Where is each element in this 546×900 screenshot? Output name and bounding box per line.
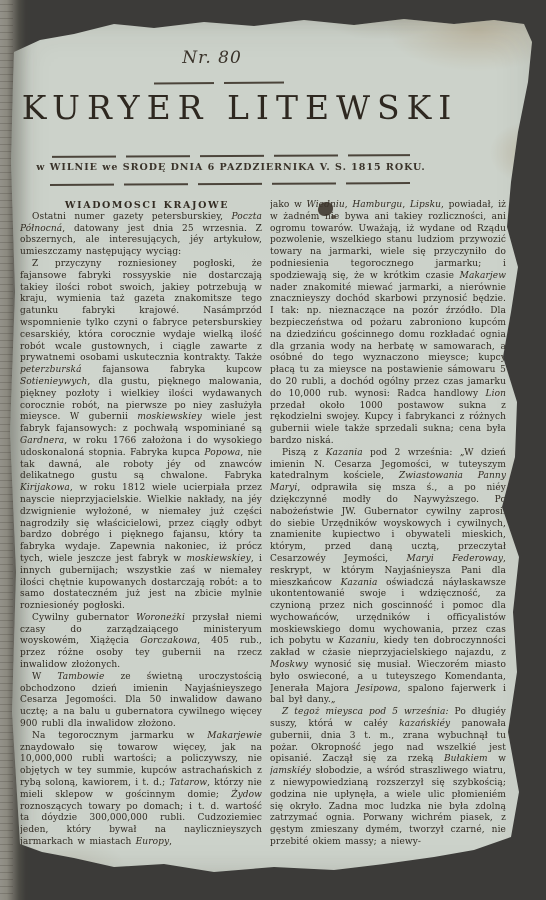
column-right: jako w Wiedniu, Hamburgu, Lipsku, powiad… [270,200,506,846]
section-heading: WIADOMOSCI KRAJOWE [20,200,262,212]
paragraph: Na tegorocznym jarmarku w Makarjewie zna… [20,731,262,846]
column-left: WIADOMOSCI KRAJOWE Ostatni numer gazety … [20,200,262,846]
paragraph: jako w Wiedniu, Hamburgu, Lipsku, powiad… [270,200,506,448]
paragraph: Z przyczyny rozniesioney pogłoski, że fa… [20,259,262,613]
newspaper-page: Nr. 80 KURYER LITEWSKI w WILNIE we SRODĘ… [4,12,542,890]
ink-speck [331,215,336,219]
issue-number-rule [154,82,288,85]
dateline-rule-bottom [50,182,410,186]
dateline: w WILNIE we SRODĘ DNIA 6 PAZDZIERNIKA V.… [4,162,458,173]
column-right-body: jako w Wiedniu, Hamburgu, Lipsku, powiad… [270,200,506,846]
paragraph: Ostatni numer gazety petersburskiey, Poc… [20,212,262,259]
paragraph: W Tambowie ze świetną uroczystością obch… [20,672,262,731]
scan-background: Nr. 80 KURYER LITEWSKI w WILNIE we SRODĘ… [0,0,546,900]
paragraph: Piszą z Kazania pod 2 września: „W dzień… [270,448,506,708]
dateline-rule-top [52,154,410,158]
paragraph: Cywilny gubernator Woroneżki przysłał ni… [20,613,262,672]
column-left-body: Ostatni numer gazety petersburskiey, Poc… [20,212,262,846]
newspaper-title: KURYER LITEWSKI [4,88,476,127]
issue-number: Nr. 80 [4,48,420,68]
paragraph: Z tegoż mieysca pod 5 września: Po długi… [270,707,506,846]
